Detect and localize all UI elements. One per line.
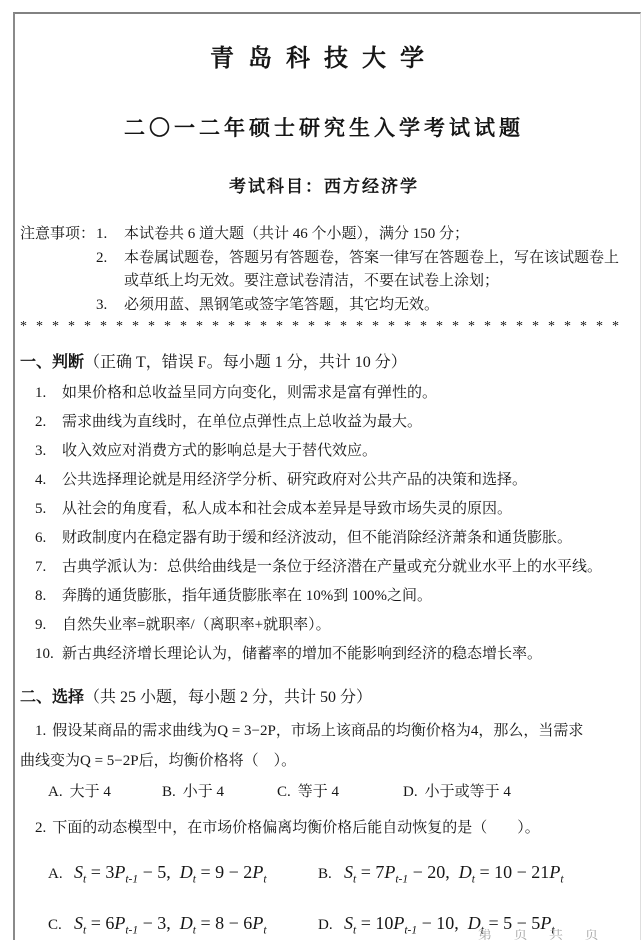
notes-section: 注意事项： 1. 本试卷共 6 道大题（共计 46 个小题），满分 150 分；… xyxy=(20,223,628,317)
item-text: 奔腾的通货膨胀，指年通货膨胀率在 10%到 100%之间。 xyxy=(62,588,628,604)
note-text: 必须用蓝、黑钢笔或签字笔答题，其它均无效。 xyxy=(124,294,628,318)
note-item: 3. 必须用蓝、黑钢笔或签字笔答题，其它均无效。 xyxy=(96,294,628,318)
item-number: 8. xyxy=(35,588,62,604)
note-number: 1. xyxy=(96,223,124,247)
note-text: 本卷属试题卷，答题另有答题卷，答案一律写在答题卷上，写在该试题卷上或草纸上均无效… xyxy=(124,247,628,294)
exam-paper-page: 青岛科技大学 二〇一二年硕士研究生入学考试试题 考试科目：西方经济学 注意事项：… xyxy=(0,0,643,940)
question-1-options: A. 大于 4 B. 小于 4 C. 等于 4 D. 小于或等于 4 xyxy=(48,784,628,801)
note-item: 注意事项： 1. 本试卷共 6 道大题（共计 46 个小题），满分 150 分； xyxy=(20,223,628,247)
question-text: 假设某商品的需求曲线为Q = 3−2P，市场上该商品的均衡价格为4，那么，当需求 xyxy=(52,723,583,739)
choice-section-heading: 二、选择（共 25 小题，每小题 2 分，共计 50 分） xyxy=(20,689,628,706)
subject-line: 考试科目：西方经济学 xyxy=(20,177,628,197)
option-text: 大于 4 xyxy=(70,784,111,801)
item-number: 10. xyxy=(35,646,62,662)
item-text: 财政制度内在稳定器有助于缓和经济波动，但不能消除经济萧条和通货膨胀。 xyxy=(62,530,628,546)
judge-item: 1. 如果价格和总收益呈同方向变化，则需求是富有弹性的。 xyxy=(20,385,628,401)
option-c: C. 等于 4 xyxy=(277,784,403,801)
item-text: 收入效应对消费方式的影响总是大于替代效应。 xyxy=(62,443,628,459)
section-title: 二、选择 xyxy=(20,689,84,706)
question-number: 2. xyxy=(35,820,46,836)
option-label: C. xyxy=(277,784,291,801)
item-text: 古典学派认为：总供给曲线是一条位于经济潜在产量或充分就业水平上的水平线。 xyxy=(62,559,628,575)
judge-item: 5. 从社会的角度看，私人成本和社会成本差异是导致市场失灵的原因。 xyxy=(20,501,628,517)
note-number: 2. xyxy=(96,247,124,294)
item-number: 6. xyxy=(35,530,62,546)
option-a-formula: St = 3Pt-1 − 5, Dt = 9 − 2Pt xyxy=(74,862,318,886)
asterisk-separator: * * * * * * * * * * * * * * * * * * * * … xyxy=(20,318,628,335)
judge-section-heading: 一、判断（正确 T，错误 F。每小题 1 分，共计 10 分） xyxy=(20,354,628,371)
question-text: 下面的动态模型中，在市场价格偏离均衡价格后能自动恢复的是（ ）。 xyxy=(52,820,540,836)
exam-session-title: 二〇一二年硕士研究生入学考试试题 xyxy=(20,116,628,140)
item-text: 自然失业率=就职率/（离职率+就职率）。 xyxy=(62,617,628,633)
option-d: D. 小于或等于 4 xyxy=(403,784,511,801)
item-number: 5. xyxy=(35,501,62,517)
question-1-line-2: 曲线变为Q = 5−2P后，均衡价格将（ ）。 xyxy=(20,753,628,769)
section-instructions: （共 25 小题，每小题 2 分，共计 50 分） xyxy=(84,689,372,706)
option-label: B. xyxy=(318,866,344,883)
option-a: A. 大于 4 xyxy=(48,784,162,801)
option-label: D. xyxy=(403,784,418,801)
item-number: 2. xyxy=(35,414,62,430)
judge-item: 8. 奔腾的通货膨胀，指年通货膨胀率在 10%到 100%之间。 xyxy=(20,588,628,604)
section-instructions: （正确 T，错误 F。每小题 1 分，共计 10 分） xyxy=(84,354,407,371)
question-2: 2.下面的动态模型中，在市场价格偏离均衡价格后能自动恢复的是（ ）。 A. St… xyxy=(20,820,628,936)
option-label: B. xyxy=(162,784,176,801)
judge-item: 9. 自然失业率=就职率/（离职率+就职率）。 xyxy=(20,617,628,633)
option-label: D. xyxy=(318,917,344,934)
item-text: 从社会的角度看，私人成本和社会成本差异是导致市场失灵的原因。 xyxy=(62,501,628,517)
note-number: 3. xyxy=(96,294,124,318)
judge-item: 6. 财政制度内在稳定器有助于缓和经济波动，但不能消除经济萧条和通货膨胀。 xyxy=(20,530,628,546)
option-label: A. xyxy=(48,866,74,883)
item-number: 1. xyxy=(35,385,62,401)
question-number: 1. xyxy=(35,723,46,739)
section-title: 一、判断 xyxy=(20,354,84,371)
item-text: 需求曲线为直线时，在单位点弹性点上总收益为最大。 xyxy=(62,414,628,430)
option-label: C. xyxy=(48,917,74,934)
option-b-formula: St = 7Pt-1 − 20, Dt = 10 − 21Pt xyxy=(344,862,564,886)
item-number: 3. xyxy=(35,443,62,459)
judge-item: 4. 公共选择理论就是用经济学分析、研究政府对公共产品的决策和选择。 xyxy=(20,472,628,488)
option-c-formula: St = 6Pt-1 − 3, Dt = 8 − 6Pt xyxy=(74,913,318,937)
option-b: B. 小于 4 xyxy=(162,784,277,801)
university-title: 青岛科技大学 xyxy=(20,46,628,72)
note-item: 2. 本卷属试题卷，答题另有答题卷，答案一律写在答题卷上，写在该试题卷上或草纸上… xyxy=(96,247,628,294)
item-number: 7. xyxy=(35,559,62,575)
item-number: 4. xyxy=(35,472,62,488)
item-number: 9. xyxy=(35,617,62,633)
judge-items-list: 1. 如果价格和总收益呈同方向变化，则需求是富有弹性的。 2. 需求曲线为直线时… xyxy=(20,385,628,662)
note-text: 本试卷共 6 道大题（共计 46 个小题），满分 150 分； xyxy=(124,223,628,247)
judge-item: 2. 需求曲线为直线时，在单位点弹性点上总收益为最大。 xyxy=(20,414,628,430)
item-text: 如果价格和总收益呈同方向变化，则需求是富有弹性的。 xyxy=(62,385,628,401)
option-text: 等于 4 xyxy=(298,784,339,801)
judge-item: 7. 古典学派认为：总供给曲线是一条位于经济潜在产量或充分就业水平上的水平线。 xyxy=(20,559,628,575)
judge-item: 10. 新古典经济增长理论认为，储蓄率的增加不能影响到经济的稳态增长率。 xyxy=(20,646,628,662)
question-2-options-row-1: A. St = 3Pt-1 − 5, Dt = 9 − 2Pt B. St = … xyxy=(48,862,628,886)
option-text: 小于或等于 4 xyxy=(425,784,511,801)
question-2-line: 2.下面的动态模型中，在市场价格偏离均衡价格后能自动恢复的是（ ）。 xyxy=(20,820,628,836)
notes-label: 注意事项： xyxy=(20,223,96,247)
page-footer-partial: 第 页 共 页 xyxy=(478,929,643,940)
item-text: 新古典经济增长理论认为，储蓄率的增加不能影响到经济的稳态增长率。 xyxy=(62,646,628,662)
item-text: 公共选择理论就是用经济学分析、研究政府对公共产品的决策和选择。 xyxy=(62,472,628,488)
option-label: A. xyxy=(48,784,63,801)
question-1-line-1: 1.假设某商品的需求曲线为Q = 3−2P，市场上该商品的均衡价格为4，那么，当… xyxy=(20,723,628,739)
page-content: 青岛科技大学 二〇一二年硕士研究生入学考试试题 考试科目：西方经济学 注意事项：… xyxy=(20,0,628,936)
judge-item: 3. 收入效应对消费方式的影响总是大于替代效应。 xyxy=(20,443,628,459)
option-text: 小于 4 xyxy=(183,784,224,801)
question-1: 1.假设某商品的需求曲线为Q = 3−2P，市场上该商品的均衡价格为4，那么，当… xyxy=(20,723,628,801)
